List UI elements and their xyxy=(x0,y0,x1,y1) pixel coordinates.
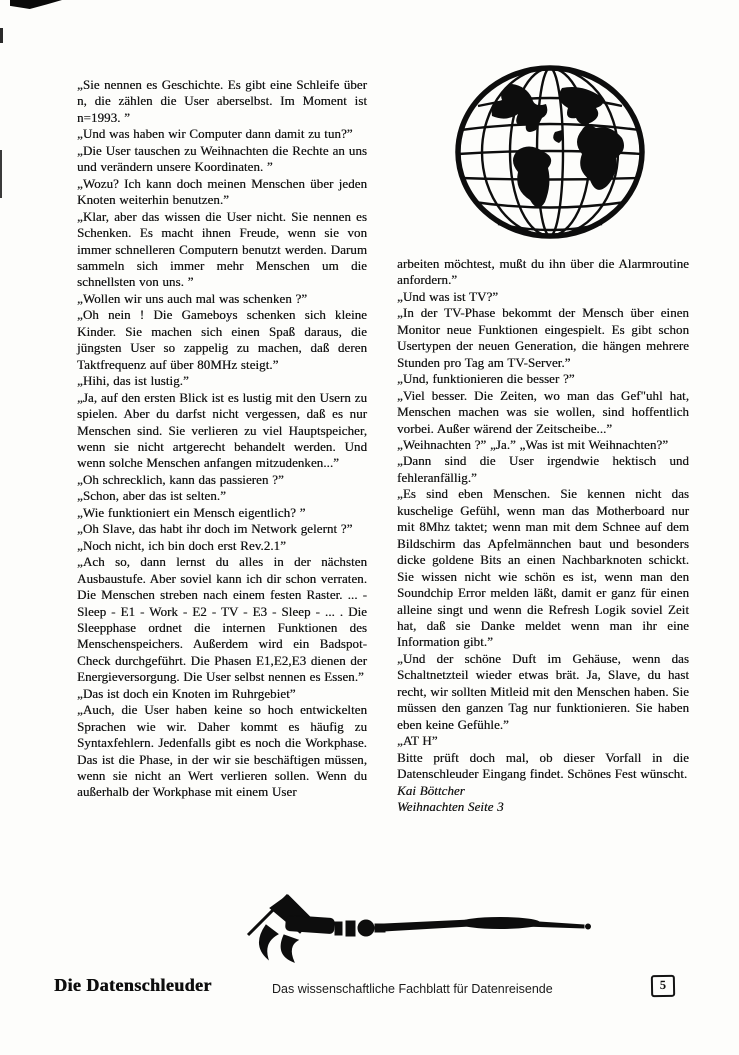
dialog-paragraph: „Es sind eben Menschen. Sie kennen nicht… xyxy=(397,486,689,651)
earth-globe-icon xyxy=(452,64,648,240)
scan-artifact xyxy=(10,0,62,9)
dialog-paragraph: „Und, funktionieren die besser ?” xyxy=(397,371,689,387)
dialog-paragraph: „Und was ist TV?” xyxy=(397,289,689,305)
dialog-paragraph: „Viel besser. Die Zeiten, wo man das Gef… xyxy=(397,388,689,437)
dialog-paragraph: „AT H” xyxy=(397,733,689,749)
antique-pen-icon xyxy=(170,893,595,965)
dialog-paragraph: arbeiten möchtest, mußt du ihn über die … xyxy=(397,256,689,289)
dialog-paragraph: „Sie nennen es Geschichte. Es gibt eine … xyxy=(77,77,367,126)
dialog-paragraph: „Schon, aber das ist selten.” xyxy=(77,488,367,504)
scan-artifact xyxy=(0,28,3,43)
dialog-paragraph: „Klar, aber das wissen die User nicht. S… xyxy=(77,209,367,291)
dialog-paragraph: „Oh nein ! Die Gameboys schenken sich kl… xyxy=(77,307,367,373)
right-column: arbeiten möchtest, mußt du ihn über die … xyxy=(397,256,689,815)
dialog-paragraph: „Wollen wir uns auch mal was schenken ?” xyxy=(77,291,367,307)
dialog-paragraph: „Weihnachten ?” „Ja.” „Was ist mit Weihn… xyxy=(397,437,689,453)
dialog-paragraph: „Und was haben wir Computer dann damit z… xyxy=(77,126,367,142)
dialog-paragraph: „Oh schrecklich, kann das passieren ?” xyxy=(77,472,367,488)
left-column: „Sie nennen es Geschichte. Es gibt eine … xyxy=(77,77,367,801)
dialog-paragraph: „Und der schöne Duft im Gehäuse, wenn da… xyxy=(397,651,689,733)
dialog-paragraph: „Die User tauschen zu Weihnachten die Re… xyxy=(77,143,367,176)
closing-note: Bitte prüft doch mal, ob dieser Vorfall … xyxy=(397,750,689,783)
article-reference: Weihnachten Seite 3 xyxy=(397,799,689,815)
dialog-paragraph: „Wozu? Ich kann doch meinen Menschen übe… xyxy=(77,176,367,209)
footer-tagline: Das wissenschaftliche Fachblatt für Date… xyxy=(272,982,572,996)
dialog-paragraph: „Ja, auf den ersten Blick ist es lustig … xyxy=(77,390,367,472)
magazine-logo: Die Datenschleuder xyxy=(54,975,212,996)
dialog-paragraph: „Dann sind die User irgendwie hektisch u… xyxy=(397,453,689,486)
magazine-page: „Sie nennen es Geschichte. Es gibt eine … xyxy=(0,0,739,1055)
dialog-paragraph: „Wie funktioniert ein Mensch eigentlich?… xyxy=(77,505,367,521)
dialog-paragraph: „Auch, die User haben keine so hoch entw… xyxy=(77,702,367,801)
dialog-paragraph: „In der TV-Phase bekommt der Mensch über… xyxy=(397,305,689,371)
author-signature: Kai Böttcher xyxy=(397,783,689,799)
page-number-badge: 5 xyxy=(651,975,675,997)
dialog-paragraph: „Das ist doch ein Knoten im Ruhrgebiet” xyxy=(77,686,367,702)
dialog-paragraph: „Oh Slave, das habt ihr doch im Network … xyxy=(77,521,367,537)
dialog-paragraph: „Noch nicht, ich bin doch erst Rev.2.1” xyxy=(77,538,367,554)
scan-artifact xyxy=(0,150,2,198)
dialog-paragraph: „Hihi, das ist lustig.” xyxy=(77,373,367,389)
dialog-paragraph: „Ach so, dann lernst du alles in der näc… xyxy=(77,554,367,686)
